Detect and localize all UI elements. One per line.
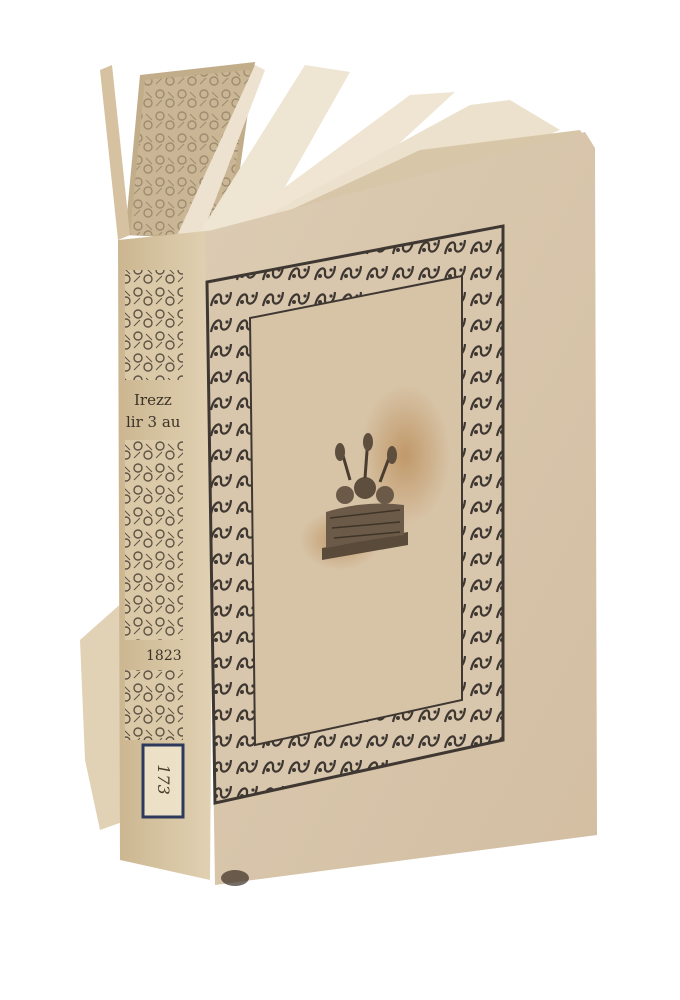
shelf-label-number: 173 xyxy=(154,764,173,795)
spine-year: 1823 xyxy=(146,648,182,664)
photo-scene: Irezz lir 3 au 1823 173 xyxy=(0,0,680,1000)
spine-title-line2: lir 3 au xyxy=(126,413,180,431)
spine-title-line1: Irezz xyxy=(134,391,172,409)
book-illustration xyxy=(0,0,680,1000)
